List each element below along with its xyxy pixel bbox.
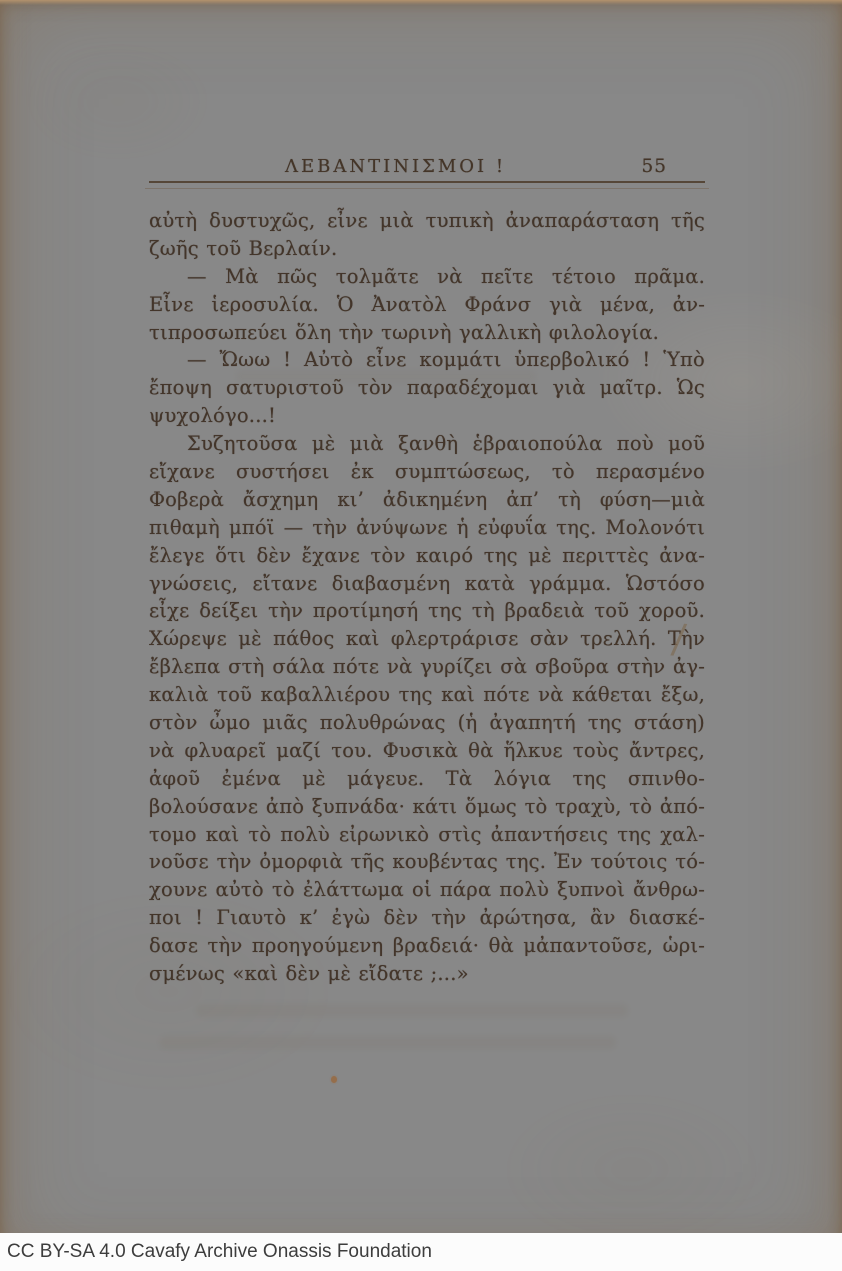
running-title: ΛΕΒΑΝΤΙΝΙΣΜΟΙ ! bbox=[285, 156, 506, 177]
header-rule-primary bbox=[149, 181, 705, 183]
text-line: αὐτὴ δυστυχῶς, εἶνε μιὰ τυπικὴ ἀναπαράστ… bbox=[149, 207, 705, 235]
text-line: Χώρεψε μὲ πάθος καὶ φλερτράρισε σὰν τρελ… bbox=[149, 625, 705, 653]
text-line: ποι ! Γιαυτὸ κ’ ἐγὼ δὲν τὴν ἀρώτησα, ἂν … bbox=[149, 904, 705, 932]
text-line: Εἶνε ἱεροσυλία. Ὁ Ἀνατὸλ Φράνσ γιὰ μένα,… bbox=[149, 291, 705, 319]
text-line: — Μὰ πῶς τολμᾶτε νὰ πεῖτε τέτοιο πρᾶμα. bbox=[149, 263, 705, 291]
text-line: σμένως «καὶ δὲν μὲ εἴδατε ;...» bbox=[149, 960, 705, 988]
text-line: Συζητοῦσα μὲ μιὰ ξανθὴ ἑβραιοπούλα ποὺ μ… bbox=[149, 430, 705, 458]
text-line: τιπροσωπεύει ὅλη τὴν τωρινὴ γαλλικὴ φιλο… bbox=[149, 319, 705, 347]
text-line: βολούσανε ἀπὸ ξυπνάδα· κάτι ὅμως τὸ τραχ… bbox=[149, 793, 705, 821]
text-line: εἴχανε συστήσει ἐκ συμπτώσεως, τὸ περασμ… bbox=[149, 458, 705, 486]
license-bar: CC BY-SA 4.0 Cavafy Archive Onassis Foun… bbox=[0, 1233, 842, 1271]
text-line: ἀφοῦ ἐμένα μὲ μάγευε. Τὰ λόγια της σπινθ… bbox=[149, 765, 705, 793]
scanned-book-page-screenshot: ΛΕΒΑΝΤΙΝΙΣΜΟΙ ! 55 αὐτὴ δυστυχῶς, εἶνε μ… bbox=[0, 0, 842, 1271]
page-number: 55 bbox=[641, 156, 667, 177]
license-text: CC BY-SA 4.0 Cavafy Archive Onassis Foun… bbox=[7, 1241, 432, 1262]
text-line: πιθαμὴ μπόϊ — τὴν ἀνύψωνε ἡ εὐφυΐα της. … bbox=[149, 514, 705, 542]
text-line: Φοβερὰ ἄσχημη κι’ ἀδικημένη ἀπ’ τὴ φύση—… bbox=[149, 486, 705, 514]
showthrough-ghost-text bbox=[196, 1004, 628, 1017]
showthrough-ghost-text bbox=[160, 1036, 616, 1049]
header-rule-secondary bbox=[145, 188, 709, 189]
text-line: νοῦσε τὴν ὀμορφιὰ τῆς κουβέντας της. Ἐν … bbox=[149, 848, 705, 876]
text-line: εἶχε δείξει τὴν προτίμησή της τὴ βραδειὰ… bbox=[149, 597, 705, 625]
showthrough-ghost-text bbox=[236, 370, 536, 383]
text-line: νὰ φλυαρεῖ μαζί του. Φυσικὰ θὰ ἥλκυε τοὺ… bbox=[149, 737, 705, 765]
paper-speck bbox=[331, 1076, 337, 1083]
margin-pencil-mark: / bbox=[670, 618, 698, 662]
text-line: ψυχολόγο...! bbox=[149, 402, 705, 430]
text-line: γνώσεις, εἴτανε διαβασμένη κατὰ γράμμα. … bbox=[149, 570, 705, 598]
body-text-block: αὐτὴ δυστυχῶς, εἶνε μιὰ τυπικὴ ἀναπαράστ… bbox=[149, 207, 705, 988]
page-header: ΛΕΒΑΝΤΙΝΙΣΜΟΙ ! 55 bbox=[149, 155, 705, 199]
text-line: καλιὰ τοῦ καβαλλιέρου της καὶ πότε νὰ κά… bbox=[149, 681, 705, 709]
text-line: τομο καὶ τὸ πολὺ εἰρωνικὸ στὶς ἀπαντήσει… bbox=[149, 821, 705, 849]
text-line: ἔβλεπα στὴ σάλα πότε νὰ γυρίζει σὰ σβοῦρ… bbox=[149, 653, 705, 681]
text-line: δασε τὴν προηγούμενη βραδειά· θὰ μἀπαντο… bbox=[149, 932, 705, 960]
text-line: χουνε αὐτὸ τὸ ἐλάττωμα οἱ πάρα πολὺ ξυπν… bbox=[149, 876, 705, 904]
text-line: στὸν ὦμο μιᾶς πολυθρώνας (ἡ ἀγαπητή της … bbox=[149, 709, 705, 737]
text-line: ζωῆς τοῦ Βερλαίν. bbox=[149, 235, 705, 263]
text-line: ἔλεγε ὅτι δὲν ἔχανε τὸν καιρό της μὲ περ… bbox=[149, 542, 705, 570]
